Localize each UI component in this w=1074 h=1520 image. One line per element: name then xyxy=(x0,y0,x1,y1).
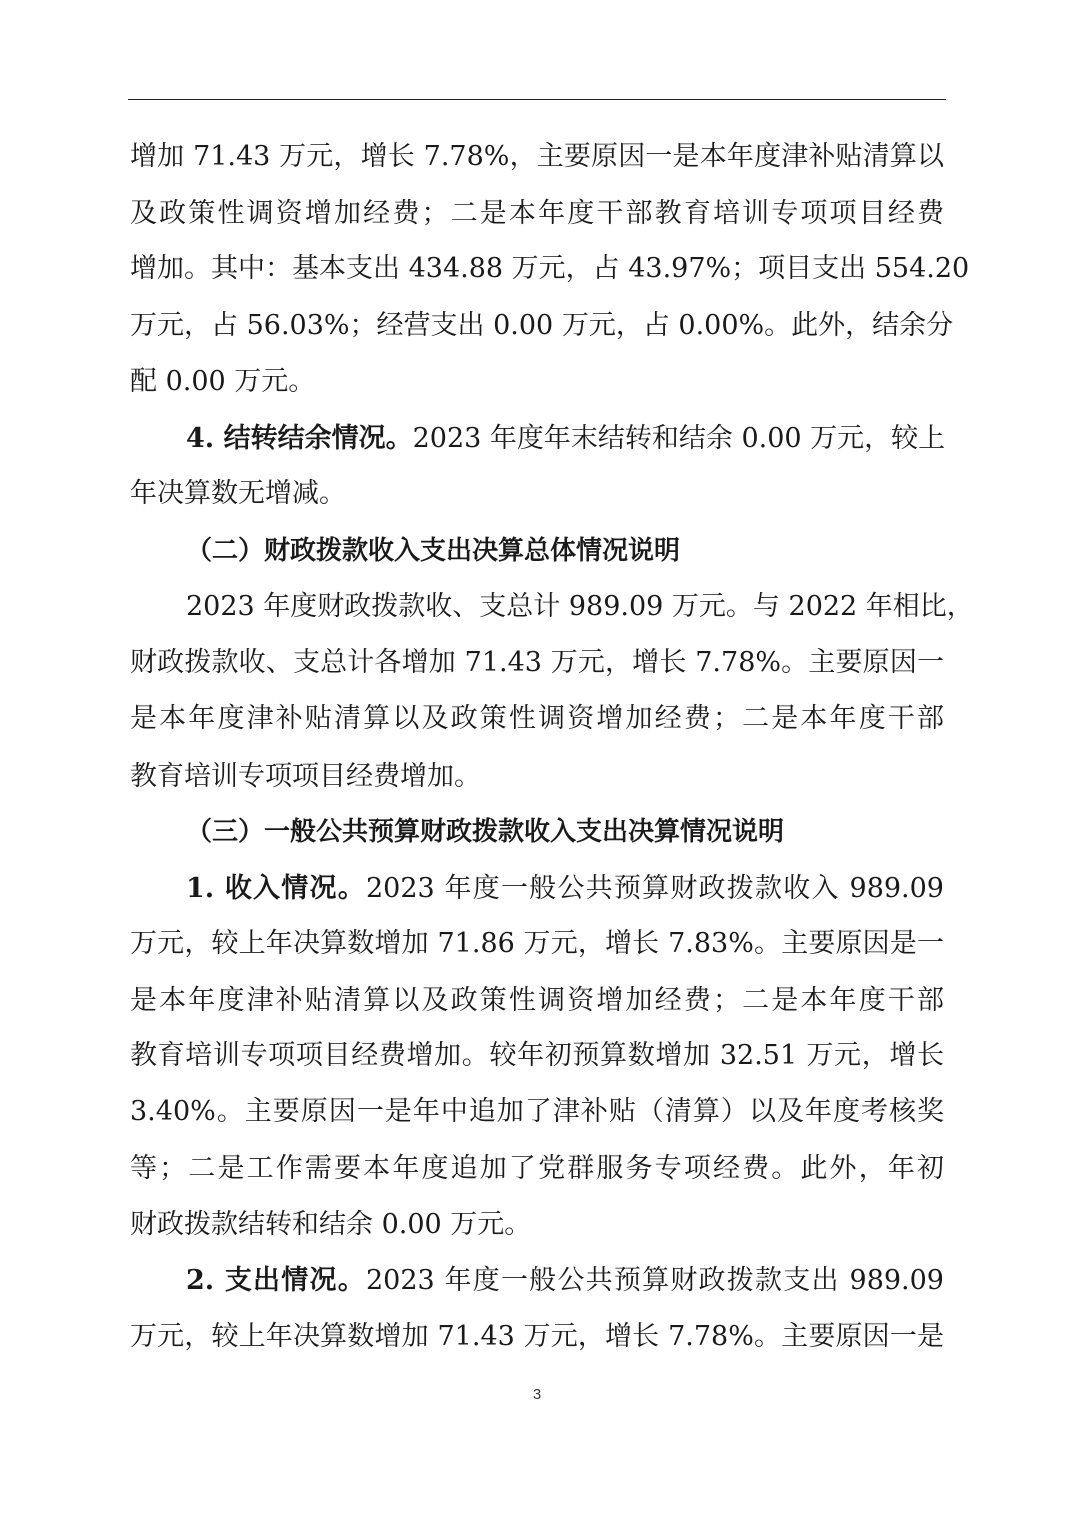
paragraph-line: 增加。其中：基本支出 434.88 万元，占 43.97%；项目支出 554.2… xyxy=(130,249,944,289)
expense-line: 2. 支出情况。2023 年度一般公共预算财政拨款支出 989.09 xyxy=(186,1261,944,1301)
income-line: 财政拨款结转和结余 0.00 万元。 xyxy=(130,1205,944,1245)
income-line: 1. 收入情况。2023 年度一般公共预算财政拨款收入 989.09 xyxy=(186,869,944,909)
section-4-line-2: 年决算数无增减。 xyxy=(130,474,944,514)
income-line: 教育培训专项项目经费增加。较年初预算数增加 32.51 万元，增长 xyxy=(130,1036,944,1076)
header-rule xyxy=(128,99,946,100)
section-4-text: 2023 年度年末结转和结余 0.00 万元，较上 xyxy=(413,423,946,454)
income-line: 万元，较上年决算数增加 71.86 万元，增长 7.83%。主要原因是一 xyxy=(130,924,944,964)
paragraph-line: 及政策性调资增加经费；二是本年度干部教育培训专项项目经费 xyxy=(130,194,944,234)
expense-text: 2023 年度一般公共预算财政拨款支出 989.09 xyxy=(366,1265,944,1296)
page-number: 3 xyxy=(0,1386,1074,1403)
para2-line: 教育培训专项项目经费增加。 xyxy=(130,757,944,797)
section-4-lead: 4. 结转结余情况。 xyxy=(186,423,413,454)
heading-3: （三）一般公共预算财政拨款收入支出决算情况说明 xyxy=(186,812,906,852)
paragraph-line: 增加 71.43 万元，增长 7.78%，主要原因一是本年度津补贴清算以 xyxy=(130,137,944,177)
income-line: 等；二是工作需要本年度追加了党群服务专项经费。此外，年初 xyxy=(130,1149,944,1189)
income-lead: 1. 收入情况。 xyxy=(186,873,366,904)
paragraph-line: 配 0.00 万元。 xyxy=(130,362,944,402)
para2-line: 财政拨款收、支总计各增加 71.43 万元，增长 7.78%。主要原因一 xyxy=(130,643,944,683)
income-line: 是本年度津补贴清算以及政策性调资增加经费；二是本年度干部 xyxy=(130,981,944,1021)
paragraph-line: 万元，占 56.03%；经营支出 0.00 万元，占 0.00%。此外，结余分 xyxy=(130,306,944,346)
expense-lead: 2. 支出情况。 xyxy=(186,1265,366,1296)
expense-line: 万元，较上年决算数增加 71.43 万元，增长 7.78%。主要原因一是 xyxy=(130,1317,944,1357)
heading-2: （二）财政拨款收入支出决算总体情况说明 xyxy=(186,531,786,571)
section-4-line: 4. 结转结余情况。2023 年度年末结转和结余 0.00 万元，较上 xyxy=(186,419,944,459)
income-text: 2023 年度一般公共预算财政拨款收入 989.09 xyxy=(366,873,944,904)
para2-line: 是本年度津补贴清算以及政策性调资增加经费；二是本年度干部 xyxy=(130,699,944,739)
para2-line: 2023 年度财政拨款收、支总计 989.09 万元。与 2022 年相比， xyxy=(186,587,944,627)
income-line: 3.40%。主要原因一是年中追加了津补贴（清算）以及年度考核奖 xyxy=(130,1092,944,1132)
